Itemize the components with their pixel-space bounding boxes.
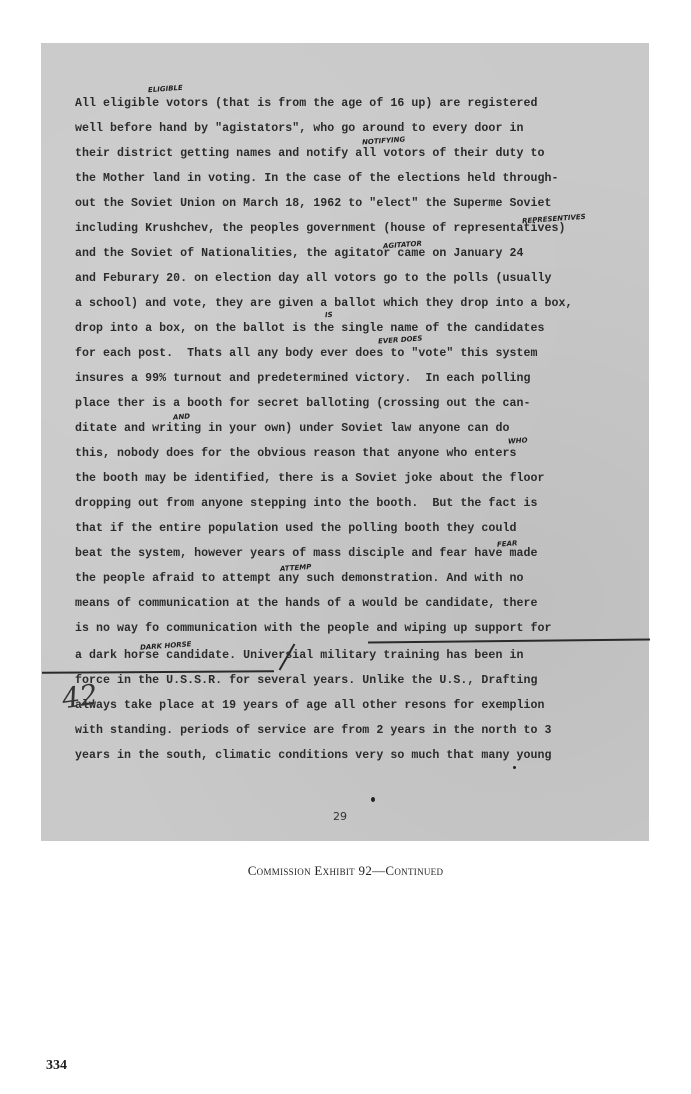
typed-line: this, nobody does for the obvious reason… <box>75 447 516 460</box>
typed-line: beat the system, however years of mass d… <box>75 547 538 560</box>
typed-line: place ther is a booth for secret balloti… <box>75 397 530 410</box>
typed-line: that if the entire population used the p… <box>75 522 516 535</box>
exhibit-caption: Commission Exhibit 92—Continued <box>0 863 691 879</box>
typed-line: drop into a box, on the ballot is the si… <box>75 322 545 335</box>
typed-line: years in the south, climatic conditions … <box>75 749 552 762</box>
ink-dot <box>371 797 375 802</box>
typed-line: a school) and vote, they are given a bal… <box>75 297 573 310</box>
typed-line: out the Soviet Union on March 18, 1962 t… <box>75 197 552 210</box>
ink-dot <box>513 766 516 769</box>
handwritten-note: IS <box>325 311 333 320</box>
typed-line: their district getting names and notify … <box>75 147 545 160</box>
margin-handwritten-number: 42 <box>60 678 100 716</box>
typed-line: is no way fo communication with the peop… <box>75 622 552 635</box>
typed-line: All eligible votors (that is from the ag… <box>75 97 538 110</box>
typed-line: with standing. periods of service are fr… <box>75 724 552 737</box>
typed-line: always take place at 19 years of age all… <box>75 699 545 712</box>
inner-page-number: 29 <box>333 810 347 823</box>
book-page-number: 334 <box>46 1058 67 1074</box>
typed-line: ditate and writing in your own) under So… <box>75 422 509 435</box>
typed-line: force in the U.S.S.R. for several years.… <box>75 674 538 687</box>
typed-line: insures a 99% turnout and predetermined … <box>75 372 530 385</box>
typed-line: means of communication at the hands of a… <box>75 597 538 610</box>
typed-line: for each post. Thats all any body ever d… <box>75 347 538 360</box>
typed-line: the booth may be identified, there is a … <box>75 472 545 485</box>
handwritten-note: AND <box>173 412 191 421</box>
typed-line: and Feburary 20. on election day all vot… <box>75 272 552 285</box>
handwritten-note: FEAR <box>497 539 518 548</box>
handwritten-note: WHO <box>508 436 528 445</box>
typed-line: the people afraid to attempt any such de… <box>75 572 523 585</box>
typed-line: well before hand by "agistators", who go… <box>75 122 523 135</box>
scanned-document-page <box>41 43 649 841</box>
typed-line: including Krushchev, the peoples governm… <box>75 222 566 235</box>
typed-line: dropping out from anyone stepping into t… <box>75 497 538 510</box>
typed-line: and the Soviet of Nationalities, the agi… <box>75 247 523 260</box>
typed-line: the Mother land in voting. In the case o… <box>75 172 559 185</box>
